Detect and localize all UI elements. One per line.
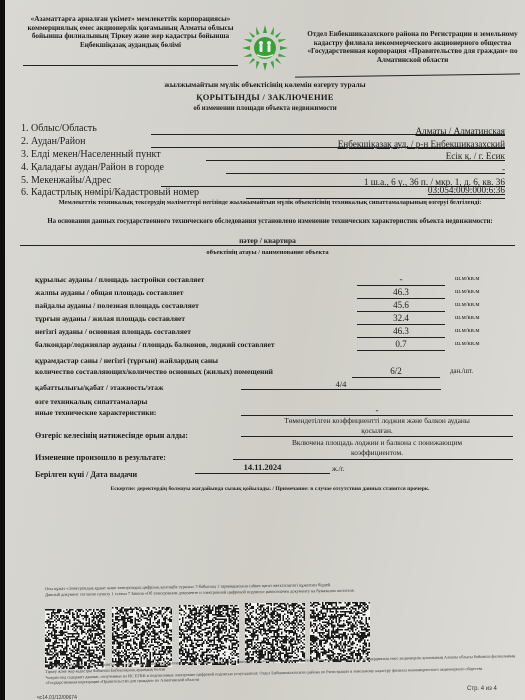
rooms-value: 6/2 (352, 366, 440, 376)
area-label: құрылыс ауданы / площадь застройки соста… (35, 275, 204, 284)
field-label: 2. Аудан/Район (21, 136, 85, 147)
area-label: жалпы ауданы / общая площадь составляет (35, 288, 183, 297)
header-divider-right (295, 73, 520, 77)
area-value: 0.7 (357, 339, 445, 349)
object-name: пәтер / квартира (20, 236, 515, 245)
area-underline (357, 350, 445, 351)
field-label: 1. Облыс/Область (21, 123, 97, 134)
government-corporation-sun-logo-icon (241, 24, 289, 72)
field-city-district: 4. Қаладағы аудан/Район в городе - (21, 162, 511, 176)
field-region: 1. Облыс/Область Алматы / Алматинская (21, 123, 511, 137)
floors-underline (241, 389, 441, 390)
change-ru-underline (233, 459, 513, 460)
rooms-label-kz: құрамдастар саны / негізгі (тұрғын) жайл… (35, 355, 515, 366)
issue-date-value: 14.11.2024 (195, 462, 330, 472)
area-label: балкондар/лоджиялар ауданы / площадь бал… (35, 340, 275, 349)
page-number: Стр. 4 из 4 (467, 686, 497, 692)
document-title: ҚОРЫТЫНДЫ / ЗАКЛЮЧЕНИЕ (65, 92, 465, 102)
area-underline (357, 311, 445, 312)
field-value: Еңбекшіқазақ ауд. / р-н Енбекшиказахский (338, 139, 505, 149)
area-label: пайдалы ауданы / полезная площадь состав… (35, 301, 199, 310)
other-value: - (241, 405, 513, 415)
area-unit: ш.м/кв.м (455, 340, 480, 347)
note-text: Ескертпе: деректердің болмауы жағдайында… (25, 486, 515, 492)
change-kz-underline (241, 436, 513, 437)
header-divider-left (23, 65, 238, 66)
header-org-kz: «Азаматтарға арналған үкімет» мемлекетті… (23, 15, 238, 49)
field-label: 3. Елді мекен/Населенный пункт (21, 149, 161, 160)
issue-date-underline (195, 473, 330, 474)
change-ru-value-line1: Включена площадь лоджии и балкона с пони… (241, 438, 513, 448)
rooms-row: құрамдастар саны / негізгі (тұрғын) жайл… (35, 355, 515, 377)
area-unit: ш.м/кв.м (455, 301, 480, 308)
document-id: чс14.01/12/00674 (37, 695, 77, 700)
change-kz-value-line2: қосылған. (241, 426, 513, 436)
area-unit: ш.м/кв.м (455, 275, 480, 282)
qr-code-icon (245, 603, 305, 663)
field-value: 03:054:009:000:6:36 (428, 185, 505, 195)
notice-text-ru: На основании данных государственного тех… (15, 218, 525, 227)
notice-text-kz: Мемлекеттік техникалық тексерудің мәліме… (25, 199, 515, 208)
area-value: 32.4 (357, 313, 445, 323)
area-underline (357, 324, 445, 325)
title-subtitle-ru: об изменении площади объекта недвижимост… (65, 105, 465, 112)
area-label: негізгі ауданы / основная площадь состав… (35, 327, 191, 336)
area-row-balcony: балкондар/лоджиялар ауданы / площадь бал… (35, 340, 505, 353)
area-unit: ш.м/кв.м (455, 314, 480, 321)
ecp-legal-notice: Осы құжат «Электрондық құжат және электр… (45, 580, 485, 598)
field-value: Алматы / Алматинская (415, 126, 505, 136)
floors-value: 4/4 (241, 379, 441, 389)
area-value: 46.3 (357, 287, 445, 297)
issue-date-suffix: ж./г. (332, 464, 344, 474)
area-value: 45.6 (357, 300, 445, 310)
rooms-underline (352, 377, 440, 378)
change-ru-value-line2: коэффициентом. (241, 448, 513, 458)
document-title-block: жылжымайтын мүлік объектісінің көлемін ө… (65, 80, 465, 112)
field-underline (226, 173, 505, 174)
document-page: «Азаматтарға арналған үкімет» мемлекетті… (5, 0, 525, 700)
field-label: 4. Қаладағы аудан/Район в городе (21, 162, 164, 173)
change-kz-value-line1: Төмендетілген коэффициентті лоджия және … (241, 416, 513, 426)
object-name-caption: объектінің атауы / наименование объекта (20, 249, 515, 256)
area-unit: ш.м/кв.м (455, 288, 480, 295)
qr-code-icon (179, 605, 239, 665)
rooms-unit: дан./шт. (450, 367, 473, 377)
field-value: - (502, 164, 505, 174)
field-label: 6. Кадастрлық нөмірі/Кадастровый номер (21, 187, 199, 198)
area-unit: ш.м/кв.м (455, 327, 480, 334)
object-name-underline (20, 245, 515, 246)
area-underline (357, 337, 445, 338)
field-district: 2. Аудан/Район Еңбекшіқазақ ауд. / р-н Е… (21, 136, 511, 150)
area-label: тұрғын ауданы / жилая площадь составляет (35, 314, 185, 323)
field-label: 5. Мекенжайы/Адрес (21, 175, 111, 186)
area-value: - (357, 274, 445, 284)
rooms-label-ru: количество составляющих/количество основ… (35, 366, 515, 377)
qr-code-icon (45, 609, 105, 669)
field-settlement: 3. Елді мекен/Населенный пункт Есік қ. /… (21, 149, 511, 163)
title-subtitle-kz: жылжымайтын мүлік объектісінің көлемін ө… (65, 80, 465, 89)
header-org-ru: Отдел Енбекшиказахского района по Регист… (305, 30, 520, 64)
area-underline (357, 298, 445, 299)
qr-code-icon (112, 607, 172, 667)
area-underline (357, 285, 445, 286)
field-value: Есік қ. / г. Есик (446, 151, 505, 161)
qr-code-icon (310, 602, 370, 662)
area-value: 46.3 (357, 326, 445, 336)
